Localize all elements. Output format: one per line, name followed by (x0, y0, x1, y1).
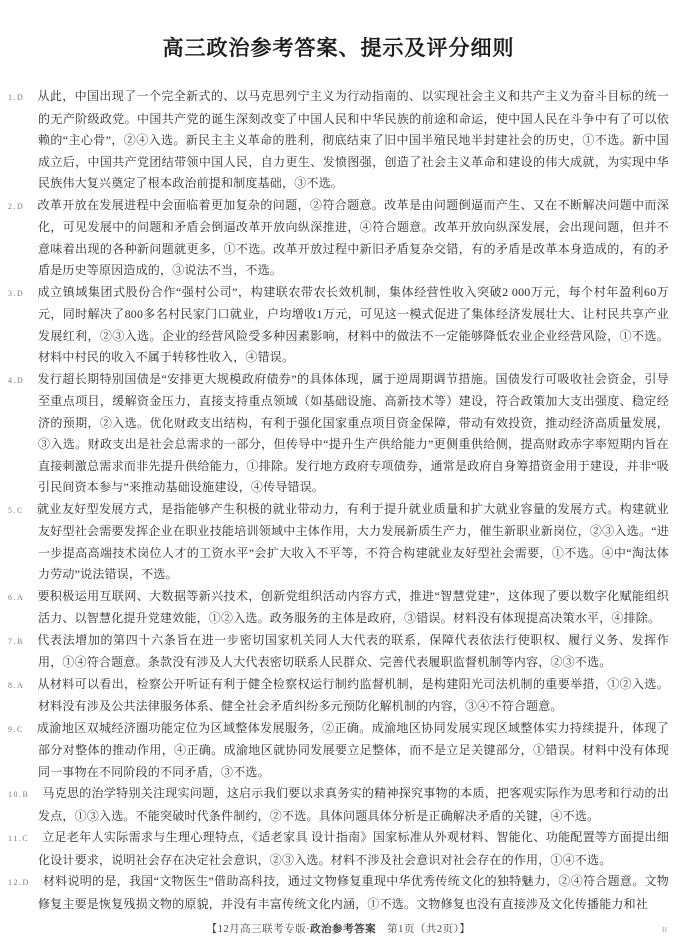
answer-text-5: 就业友好型发展方式，是指能够产生积极的就业带动力，有利于提升就业质量和扩大就业容… (37, 502, 669, 582)
answer-label-1: 1.D (8, 93, 37, 102)
answer-item-10: 10.B马克思的治学特别关注现实问题，这启示我们要以求真务实的精神探究事物的本质… (8, 783, 669, 827)
answer-label-7: 7.B (8, 637, 37, 646)
answer-item-5: 5.C就业友好型发展方式，是指能够产生积极的就业带动力，有利于提升就业质量和扩大… (8, 499, 669, 586)
answer-text-7: 代表法增加的第四十六条旨在进一步密切国家机关同人大代表的联系，保障代表依法行使职… (37, 633, 669, 670)
answer-text-10: 马克思的治学特别关注现实问题，这启示我们要以求真务实的精神探究事物的本质，把客观… (38, 786, 669, 823)
answer-list: 1.D从此，中国出现了一个完全新式的、以马克思列宁主义为行动指南的、以实现社会主… (8, 86, 669, 915)
answer-text-9: 成渝地区双城经济圈功能定位为区域整体发展服务，②正确。成渝地区协同发展实现区域整… (37, 721, 669, 779)
corner-mark: H (662, 926, 667, 934)
answer-item-12: 12.D材料说明的是，我国“文物医生”借助高科技，通过文物修复重现中华优秀传统文… (8, 871, 669, 915)
answer-item-9: 9.C成渝地区双城经济圈功能定位为区域整体发展服务，②正确。成渝地区协同发展实现… (8, 718, 669, 784)
answer-label-4: 4.D (8, 376, 37, 385)
answer-item-1: 1.D从此，中国出现了一个完全新式的、以马克思列宁主义为行动指南的、以实现社会主… (8, 86, 669, 195)
answer-item-2: 2.D改革开放在发展进程中会面临着更加复杂的问题，②符合题意。改革是由问题倒逼而… (8, 195, 669, 282)
answer-item-11: 11.C立足老年人实际需求与生理心理特点，《适老家具 设计指南》国家标准从外观材… (8, 827, 669, 871)
answer-text-4: 发行超长期特别国债是“安排更大规模政府债券”的具体体现，属于逆周期调节措施。国债… (37, 372, 669, 495)
answer-text-2: 改革开放在发展进程中会面临着更加复杂的问题，②符合题意。改革是由问题倒逼而产生、… (37, 198, 669, 278)
answer-label-11: 11.C (8, 834, 42, 843)
footer-page-number: 第1页（共2页）】 (376, 924, 470, 935)
answer-text-1: 从此，中国出现了一个完全新式的、以马克思列宁主义为行动指南的、以实现社会主义和共… (37, 89, 669, 190)
answer-text-3: 成立镇域集团式股份合作“强村公司”，构建联农带农长效机制，集体经营性收入突破2 … (37, 285, 669, 365)
answer-text-12: 材料说明的是，我国“文物医生”借助高科技，通过文物修复重现中华优秀传统文化的独特… (38, 874, 669, 911)
page-footer: 【12月高三联考专版·政治参考答案 第1页（共2页）】 (0, 921, 677, 936)
answer-label-10: 10.B (8, 790, 42, 799)
answer-item-6: 6.A要积极运用互联网、大数据等新兴技术，创新党组织活动内容方式，推进“智慧党建… (8, 586, 669, 630)
answer-item-8: 8.A从材料可以看出，检察公开听证有利于健全检察权运行制约监督机制，是构建阳光司… (8, 674, 669, 718)
footer-doc-name: 政治参考答案 (310, 924, 376, 935)
answer-label-3: 3.D (8, 289, 37, 298)
answer-item-4: 4.D发行超长期特别国债是“安排更大规模政府债券”的具体体现，属于逆周期调节措施… (8, 369, 669, 499)
answer-label-6: 6.A (8, 593, 37, 602)
answer-label-2: 2.D (8, 202, 37, 211)
page-title: 高三政治参考答案、提示及评分细则 (8, 32, 669, 62)
answer-text-11: 立足老年人实际需求与生理心理特点，《适老家具 设计指南》国家标准从外观材料、智能… (38, 830, 669, 867)
answer-sheet-page: 高三政治参考答案、提示及评分细则 1.D从此，中国出现了一个完全新式的、以马克思… (0, 0, 677, 915)
answer-label-8: 8.A (8, 681, 37, 690)
answer-label-9: 9.C (8, 725, 37, 734)
footer-prefix: 【12月高三联考专版· (207, 924, 311, 935)
answer-label-5: 5.C (8, 506, 37, 515)
answer-item-7: 7.B代表法增加的第四十六条旨在进一步密切国家机关同人大代表的联系，保障代表依法… (8, 630, 669, 674)
answer-item-3: 3.D成立镇域集团式股份合作“强村公司”，构建联农带农长效机制，集体经营性收入突… (8, 282, 669, 369)
answer-label-12: 12.D (8, 878, 43, 887)
answer-text-8: 从材料可以看出，检察公开听证有利于健全检察权运行制约监督机制，是构建阳光司法机制… (37, 677, 669, 714)
answer-text-6: 要积极运用互联网、大数据等新兴技术，创新党组织活动内容方式，推进“智慧党建”，这… (37, 589, 669, 626)
